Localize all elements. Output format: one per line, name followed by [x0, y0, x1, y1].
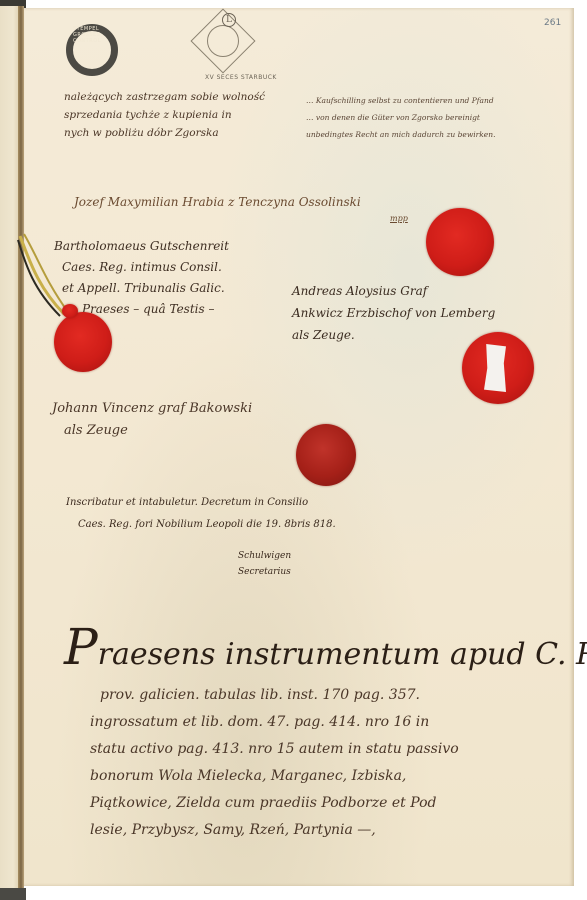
text-line: … Kaufschilling selbst zu contentieren u… [306, 92, 495, 109]
signature-ossolinski-mpp: mpp [390, 214, 408, 223]
heading-text: raesens instrumentum apud C. R. [98, 637, 587, 672]
secretary-name: Schulwigen [238, 548, 291, 564]
round-tax-stamp: STEMPEL GROSSES CONTROL [66, 24, 118, 76]
round-stamp-text: STEMPEL GROSSES CONTROL [73, 26, 111, 44]
text-line: nych w pobliżu dóbr Zgorska [64, 124, 265, 142]
body-line: lesie, Przybysz, Samy, Rzeń, Partynia —, [90, 817, 459, 844]
signature-archbishop: Andreas Aloysius Graf Ankwicz Erzbischof… [292, 280, 495, 346]
heading-initial: P [64, 618, 98, 676]
book-bottom-edge [0, 888, 26, 900]
text-line: Inscribatur et intabuletur. Decretum in … [66, 492, 336, 514]
body-line: ingrossatum et lib. dom. 47. pag. 414. n… [90, 709, 459, 736]
text-line: Andreas Aloysius Graf [292, 280, 495, 302]
text-line: Bartholomaeus Gutschenreit [54, 236, 229, 257]
body-line: bonorum Wola Mielecka, Marganec, Izbiska… [90, 763, 459, 790]
body-line: Piątkowice, Zielda cum praediis Podborze… [90, 790, 459, 817]
diamond-stamp-text: XV SECES STARBUCK [205, 74, 277, 81]
text-line: Johann Vincenz graf Bakowski [52, 398, 252, 420]
text-top-right: … Kaufschilling selbst zu contentieren u… [306, 92, 495, 143]
secretary-title: Secretarius [238, 564, 291, 580]
page-number: 261 [544, 18, 561, 28]
text-line: Caes. Reg. intimus Consil. [54, 257, 229, 278]
text-line: unbedingtes Recht an mich dadurch zu bew… [306, 126, 495, 143]
wax-seal-bakowski [296, 424, 356, 486]
text-line: et Appell. Tribunalis Galic. [54, 278, 229, 299]
diamond-stamp-letter: L [222, 13, 236, 27]
text-line: … von denen die Güter von Zgorsko berein… [306, 109, 495, 126]
document-body: prov. galicien. tabulas lib. inst. 170 p… [100, 682, 459, 844]
text-line: Caes. Reg. fori Nobilium Leopoli die 19.… [66, 514, 336, 536]
text-line: als Zeuge. [292, 324, 495, 346]
wax-seal-hanging-top [62, 304, 78, 318]
text-line: als Zeuge [52, 420, 252, 442]
registration-signature: Schulwigen Secretarius [238, 548, 291, 580]
wax-seal-hanging [54, 312, 112, 372]
text-top-left: należących zastrzegam sobie wolność sprz… [64, 88, 265, 142]
text-line: Ankwicz Erzbischof von Lemberg [292, 302, 495, 324]
document-heading: Praesens instrumentum apud C. R. [64, 618, 587, 676]
signature-gutschenreit: Bartholomaeus Gutschenreit Caes. Reg. in… [54, 236, 229, 320]
signature-ossolinski: Jozef Maxymilian Hrabia z Tenczyna Ossol… [74, 195, 361, 209]
wax-seal-ossolinski [426, 208, 494, 276]
body-line: prov. galicien. tabulas lib. inst. 170 p… [100, 682, 459, 709]
body-line: statu activo pag. 413. nro 15 autem in s… [90, 736, 459, 763]
diamond-stamp-circle [200, 18, 245, 63]
text-line: należących zastrzegam sobie wolność [64, 88, 265, 106]
text-line: sprzedania tychże z kupienia in [64, 106, 265, 124]
registration-note: Inscribatur et intabuletur. Decretum in … [66, 492, 336, 536]
signature-bakowski: Johann Vincenz graf Bakowski als Zeuge [52, 398, 252, 442]
